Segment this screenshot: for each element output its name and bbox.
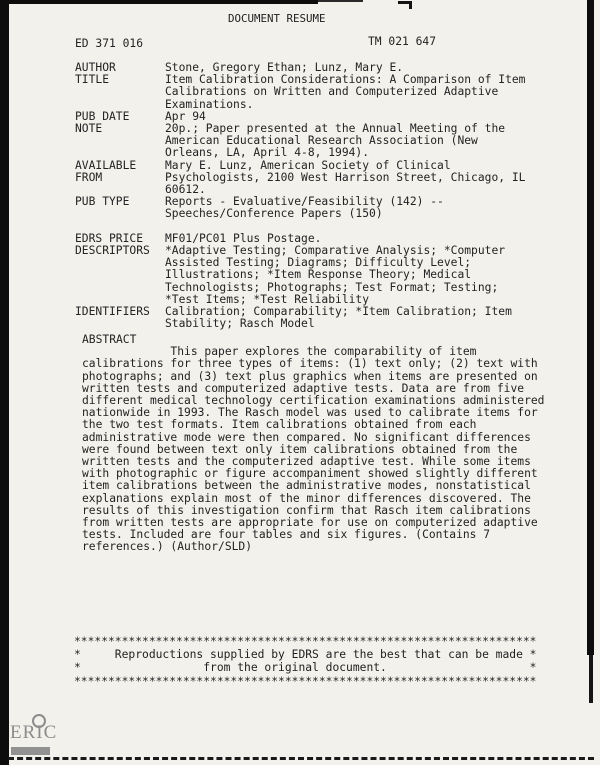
- metadata-row-descriptors: DESCRIPTORS *Adaptive Testing; Comparati…: [75, 245, 557, 306]
- scan-left-border: [0, 0, 9, 765]
- metadata-row-available-from: AVAILABLE FROM Mary E. Lunz, American So…: [75, 160, 557, 197]
- scan-right-border-tail: [589, 655, 593, 703]
- metadata-row-pub-type: PUB TYPE Reports - Evaluative/Feasibilit…: [75, 196, 557, 220]
- page-title: DOCUMENT RESUME: [228, 13, 326, 25]
- field-label: PUB TYPE: [75, 196, 165, 220]
- eric-logo-text: ERIC: [10, 723, 57, 743]
- metadata-block: AUTHOR Stone, Gregory Ethan; Lunz, Mary …: [75, 62, 557, 330]
- field-value: 20p.; Paper presented at the Annual Meet…: [165, 123, 557, 160]
- field-label: IDENTIFIERS: [75, 306, 165, 330]
- field-label: TITLE: [75, 74, 165, 111]
- ed-accession-number: ED 371 016: [75, 38, 143, 50]
- field-value: *Adaptive Testing; Comparative Analysis;…: [165, 245, 557, 306]
- metadata-row-title: TITLE Item Calibration Considerations: A…: [75, 74, 557, 111]
- field-value: Calibration; Comparability; *Item Calibr…: [165, 306, 557, 330]
- field-label: AVAILABLE FROM: [75, 160, 165, 197]
- metadata-row-note: NOTE 20p.; Paper presented at the Annual…: [75, 123, 557, 160]
- eric-logo-tagline-bar: [11, 747, 50, 755]
- scan-right-border: [587, 0, 594, 655]
- scan-bottom-dashed-line: [8, 757, 594, 760]
- document-resume-page: DOCUMENT RESUME ED 371 016 TM 021 647 AU…: [0, 0, 600, 765]
- field-label: DESCRIPTORS: [75, 245, 165, 306]
- field-value: Item Calibration Considerations: A Compa…: [165, 74, 557, 111]
- scan-top-border: [0, 0, 318, 4]
- field-label: NOTE: [75, 123, 165, 160]
- eric-logo: ERIC: [8, 710, 68, 760]
- abstract-body: This paper explores the comparability of…: [82, 346, 560, 553]
- metadata-row-identifiers: IDENTIFIERS Calibration; Comparability; …: [75, 306, 557, 330]
- abstract-section: ABSTRACT This paper explores the compara…: [82, 334, 560, 554]
- field-value: Reports - Evaluative/Feasibility (142) -…: [165, 196, 557, 220]
- scan-top-mark-tick: [409, 1, 412, 9]
- tm-clearinghouse-number: TM 021 647: [368, 36, 436, 48]
- field-value: Mary E. Lunz, American Society of Clinic…: [165, 160, 557, 197]
- edrs-reproduction-notice: ****************************************…: [74, 635, 537, 688]
- scan-top-border-thin: [318, 0, 363, 2]
